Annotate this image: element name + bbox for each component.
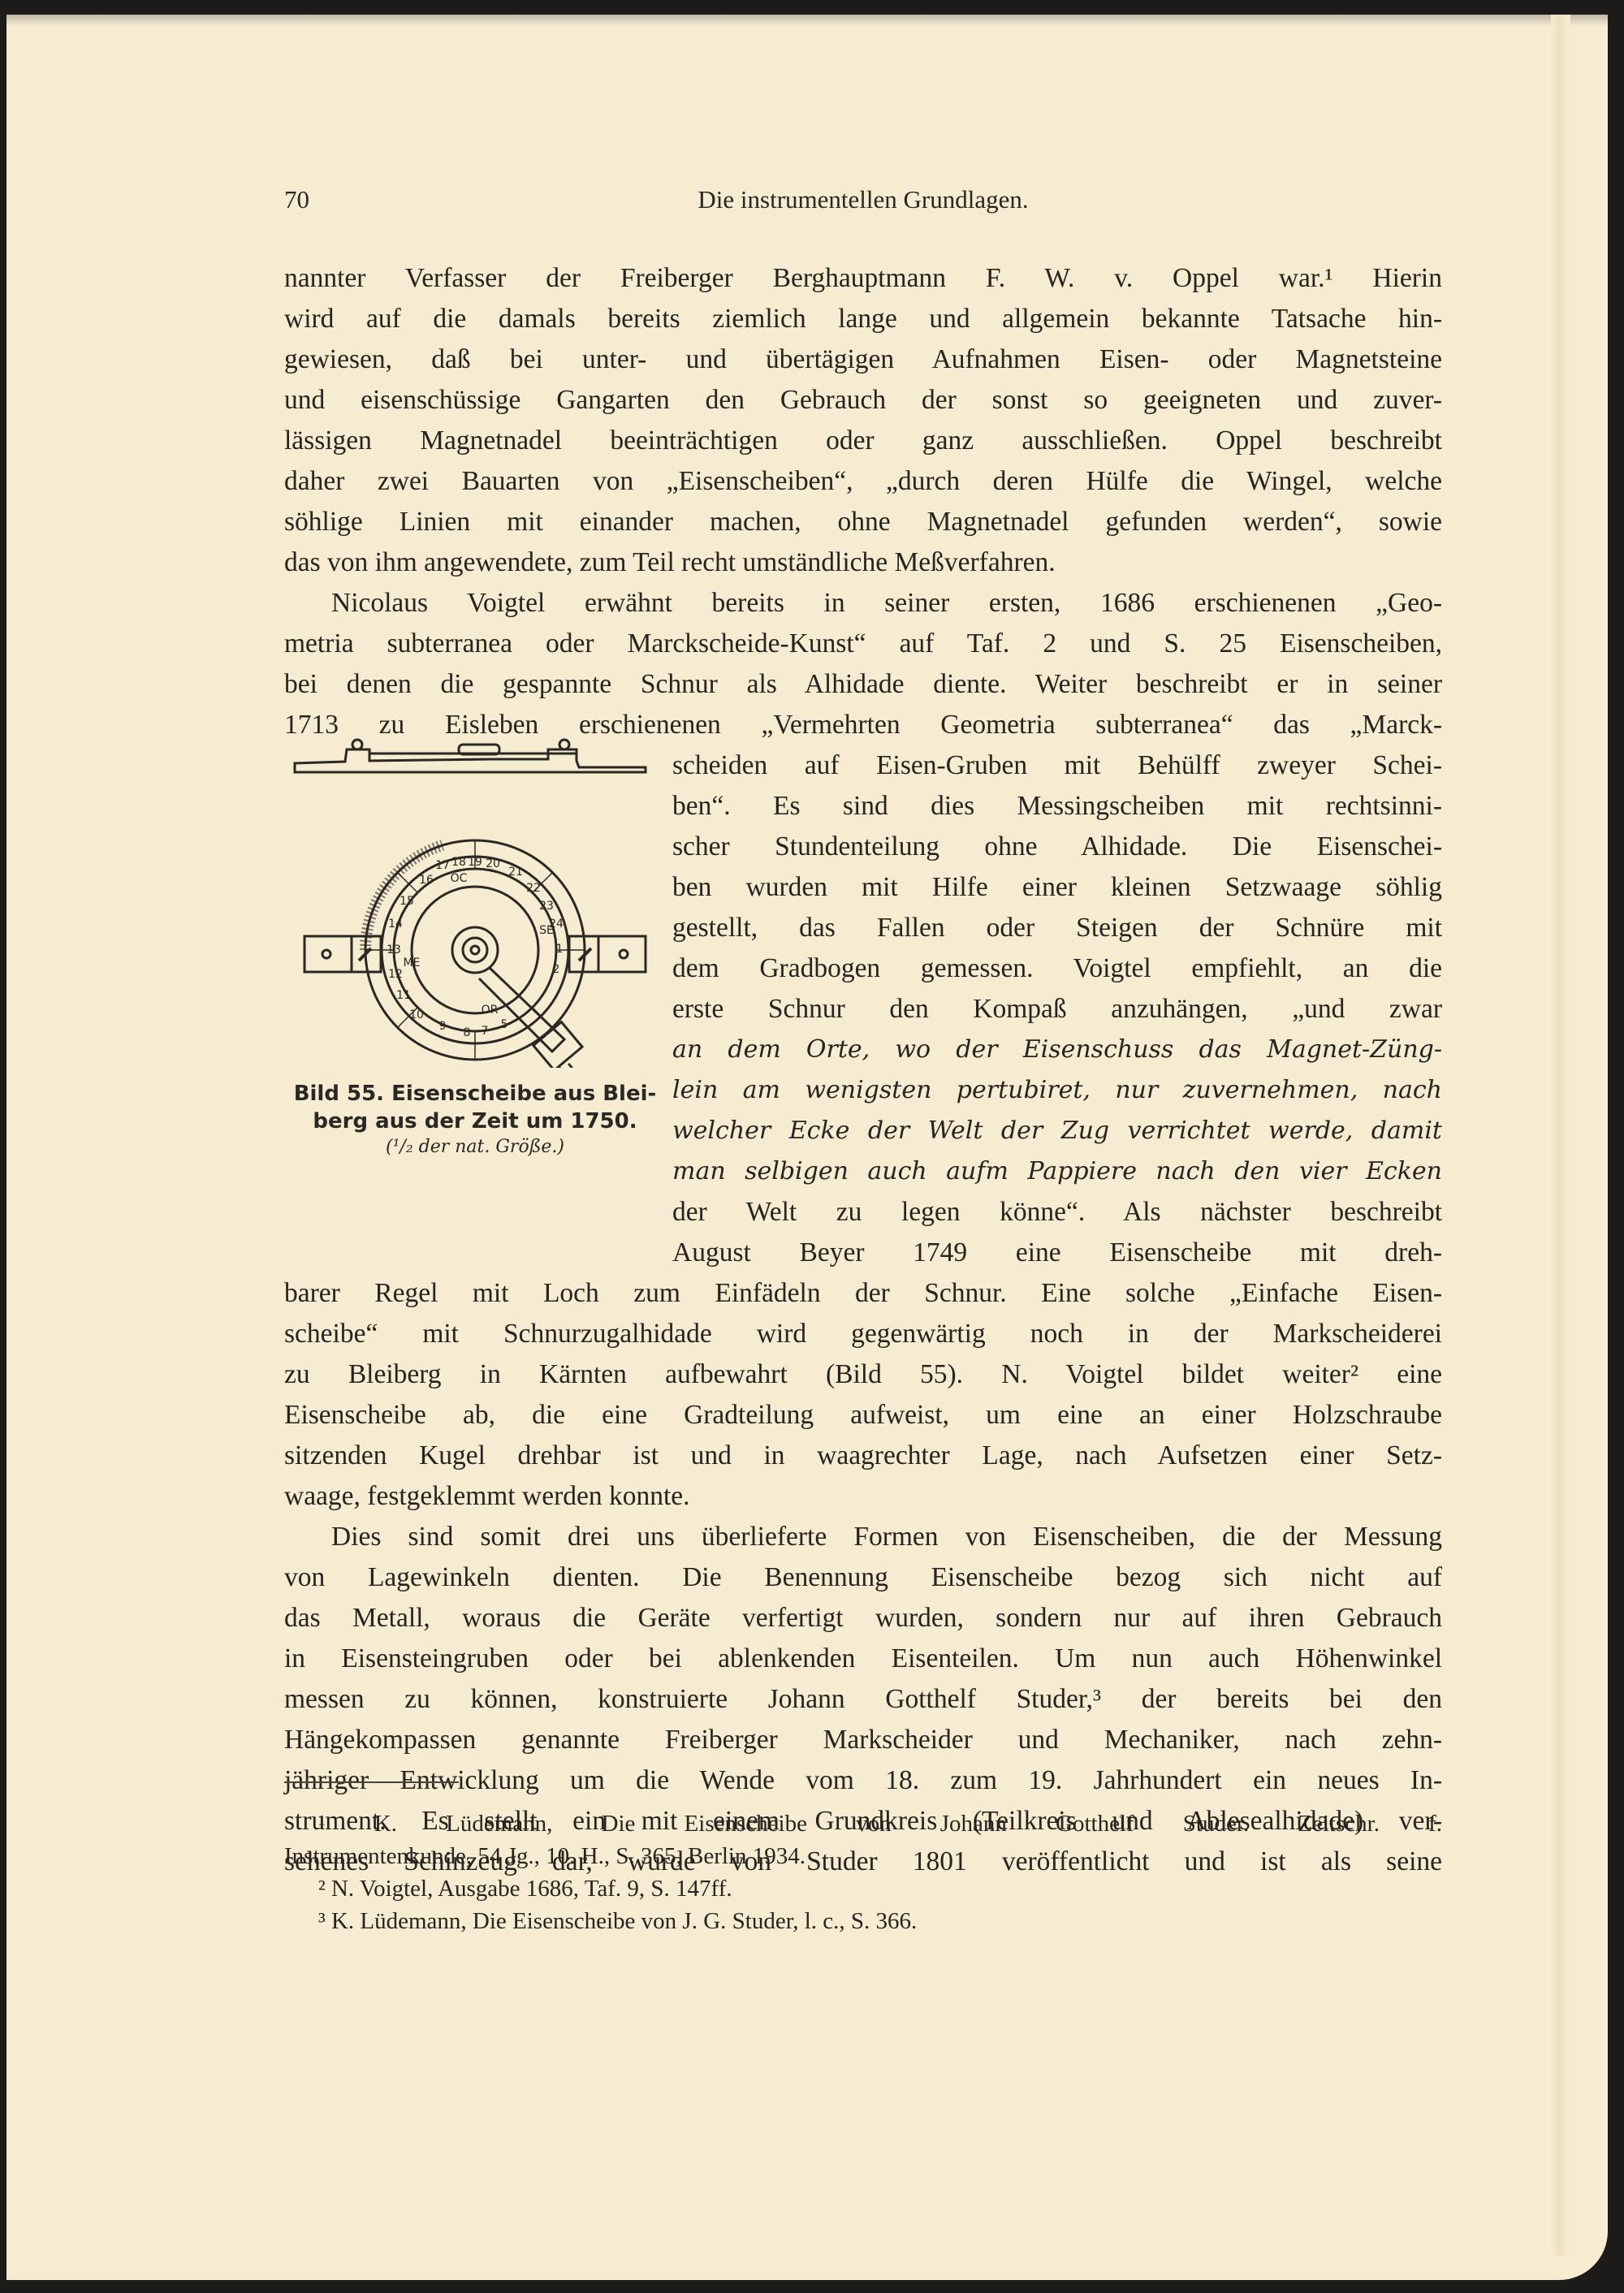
text-line: von Lagewinkeln dienten. Die Benennung E… — [284, 1559, 1442, 1596]
svg-text:5: 5 — [501, 1018, 508, 1031]
svg-text:7: 7 — [482, 1025, 489, 1038]
text-line: wird auf die damals bereits ziemlich lan… — [284, 300, 1442, 338]
page-top-shadow — [6, 15, 1608, 26]
dial-drawing: 1718 1920 2122 2324 12 OCSE ORME 1415 16… — [304, 840, 646, 1068]
svg-text:ME: ME — [404, 956, 421, 969]
text-line: gewiesen, daß bei unter- und übertägigen… — [284, 341, 1442, 378]
page-fold-crease — [1551, 15, 1570, 2256]
svg-text:9: 9 — [439, 1020, 447, 1033]
svg-text:11: 11 — [396, 989, 411, 1002]
text-line: bei denen die gespannte Schnur als Alhid… — [284, 666, 1442, 703]
footnote-3: ³ K. Lüdemann, Die Eisenscheibe von J. G… — [284, 1905, 1442, 1937]
text-line: der Welt zu legen könne“. Als nächster b… — [672, 1194, 1442, 1231]
svg-text:18: 18 — [451, 856, 466, 869]
svg-text:OR: OR — [482, 1004, 499, 1017]
text-line: Nicolaus Voigtel erwähnt bereits in sein… — [284, 585, 1442, 622]
svg-text:14: 14 — [388, 918, 403, 931]
text-line: metria subterranea oder Marckscheide-Kun… — [284, 625, 1442, 663]
footnote-divider — [284, 1781, 459, 1783]
footnote-2: ² N. Voigtel, Ausgabe 1686, Taf. 9, S. 1… — [284, 1872, 1442, 1905]
svg-text:SE: SE — [539, 924, 554, 937]
svg-text:1: 1 — [556, 943, 564, 956]
svg-text:13: 13 — [387, 944, 401, 956]
figure-caption-title: Bild 55. Eisenscheibe aus Blei- berg aus… — [280, 1080, 670, 1135]
svg-text:8: 8 — [464, 1026, 471, 1039]
text-line: scheibe“ mit Schnurzugalhidade wird gege… — [284, 1315, 1442, 1353]
running-head: Die instrumentellen Grundlagen. — [284, 185, 1442, 214]
text-line: scher Stundenteilung ohne Alhidade. Die … — [672, 828, 1442, 866]
text-line: Eisenscheibe ab, die eine Gradteilung au… — [284, 1397, 1442, 1434]
page-header: 70 Die instrumentellen Grundlagen. — [284, 185, 1442, 226]
svg-text:16: 16 — [419, 874, 434, 887]
footnote-1-continued: Instrumentenkunde, 54 Jg., 10. H., S. 36… — [284, 1840, 1442, 1872]
svg-text:12: 12 — [388, 968, 403, 981]
text-line: gestellt, das Fallen oder Steigen der Sc… — [672, 909, 1442, 947]
figure-caption-scale: (¹/₂ der nat. Größe.) — [280, 1137, 670, 1157]
svg-text:22: 22 — [526, 882, 541, 895]
fraktur-quote-line: welcher Ecke der Welt der Zug verrichtet… — [672, 1112, 1442, 1150]
fraktur-quote-line: an dem Orte, wo der Eisenschuss das Magn… — [672, 1031, 1442, 1069]
svg-text:2: 2 — [553, 963, 560, 976]
svg-text:17: 17 — [435, 859, 450, 872]
text-line: Hängekompassen genannte Freiberger Marks… — [284, 1721, 1442, 1759]
text-line: lässigen Magnetnadel beeinträchtigen ode… — [284, 422, 1442, 460]
fraktur-quote-line: lein am wenigsten pertubiret, nur zuvern… — [672, 1072, 1442, 1109]
text-line: nannter Verfasser der Freiberger Berghau… — [284, 260, 1442, 297]
svg-text:10: 10 — [409, 1008, 424, 1021]
svg-text:21: 21 — [508, 866, 523, 879]
text-line: ben wurden mit Hilfe einer kleinen Setzw… — [672, 869, 1442, 906]
text-line: in Eisensteingruben oder bei ablenkenden… — [284, 1640, 1442, 1678]
caption-line-2: berg aus der Zeit um 1750. — [280, 1108, 670, 1135]
svg-text:23: 23 — [539, 900, 554, 913]
text-line: messen zu können, konstruierte Johann Go… — [284, 1681, 1442, 1718]
svg-text:19: 19 — [468, 856, 482, 869]
text-line: sitzenden Kugel drehbar ist und in waagr… — [284, 1437, 1442, 1475]
side-view-drawing — [295, 740, 646, 772]
text-line: daher zwei Bauarten von „Eisenscheiben“,… — [284, 463, 1442, 500]
text-line: söhlige Linien mit einander machen, ohne… — [284, 503, 1442, 541]
text-line: August Beyer 1749 eine Eisenscheibe mit … — [672, 1234, 1442, 1272]
text-line: das Metall, woraus die Geräte verfertigt… — [284, 1600, 1442, 1637]
caption-line-1: Bild 55. Eisenscheibe aus Blei- — [280, 1080, 670, 1108]
text-line: waage, festgeklemmt werden konnte. — [284, 1478, 1442, 1515]
fraktur-quote-line: man selbigen auch aufm Pappiere nach den… — [672, 1153, 1442, 1190]
text-line: das von ihm angewendete, zum Teil recht … — [284, 544, 1442, 581]
text-line: erste Schnur den Kompaß anzuhängen, „und… — [672, 991, 1442, 1028]
text-line: ben“. Es sind dies Messingscheiben mit r… — [672, 788, 1442, 825]
text-line: Dies sind somit drei uns überlieferte Fo… — [284, 1518, 1442, 1556]
svg-text:20: 20 — [486, 857, 500, 870]
figure-eisenscheibe-illustration: 1718 1920 2122 2324 12 OCSE ORME 1415 16… — [288, 727, 662, 1068]
svg-text:OC: OC — [451, 872, 468, 885]
text-line: zu Bleiberg in Kärnten aufbewahrt (Bild … — [284, 1356, 1442, 1393]
text-line: barer Regel mit Loch zum Einfädeln der S… — [284, 1275, 1442, 1312]
text-line: jähriger Entwicklung um die Wende vom 18… — [284, 1762, 1442, 1799]
footnote-1: ¹ K. Lüdemann, Die Eisenscheibe von Joha… — [284, 1807, 1442, 1840]
svg-text:15: 15 — [400, 895, 414, 908]
text-line: dem Gradbogen gemessen. Voigtel empfiehl… — [672, 950, 1442, 987]
text-line: scheiden auf Eisen-Gruben mit Behülff zw… — [672, 747, 1442, 784]
text-line: und eisenschüssige Gangarten den Gebrauc… — [284, 382, 1442, 419]
